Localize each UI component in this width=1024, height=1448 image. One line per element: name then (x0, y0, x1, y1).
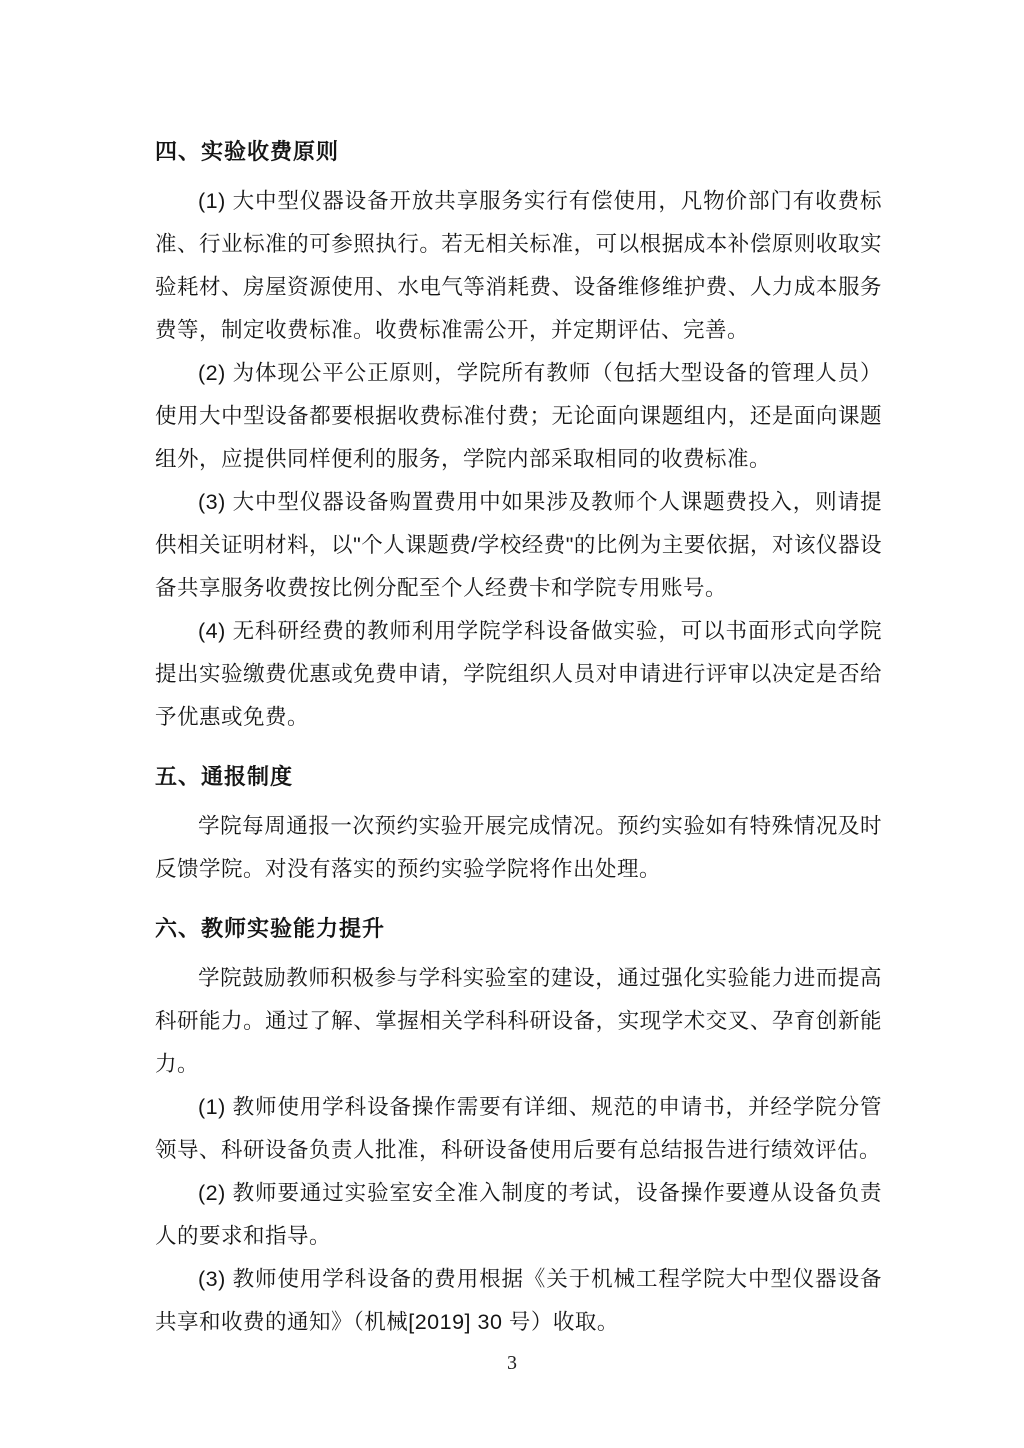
paragraph: 学院每周通报一次预约实验开展完成情况。预约实验如有特殊情况及时反馈学院。对没有落… (155, 805, 882, 891)
document-page: 四、实验收费原则 (1) 大中型仪器设备开放共享服务实行有偿使用，凡物价部门有收… (0, 0, 1024, 1448)
section-reporting-system: 五、通报制度 学院每周通报一次预约实验开展完成情况。预约实验如有特殊情况及时反馈… (155, 761, 882, 891)
paragraph: (2) 教师要通过实验室安全准入制度的考试，设备操作要遵从设备负责人的要求和指导… (155, 1172, 882, 1258)
section-heading: 五、通报制度 (155, 761, 882, 793)
section-fee-principles: 四、实验收费原则 (1) 大中型仪器设备开放共享服务实行有偿使用，凡物价部门有收… (155, 136, 882, 739)
paragraph: (4) 无科研经费的教师利用学院学科设备做实验，可以书面形式向学院提出实验缴费优… (155, 610, 882, 739)
paragraph: (3) 教师使用学科设备的费用根据《关于机械工程学院大中型仪器设备共享和收费的通… (155, 1258, 882, 1344)
paragraph: 学院鼓励教师积极参与学科实验室的建设，通过强化实验能力进而提高科研能力。通过了解… (155, 957, 882, 1086)
paragraph: (3) 大中型仪器设备购置费用中如果涉及教师个人课题费投入，则请提供相关证明材料… (155, 481, 882, 610)
section-heading: 六、教师实验能力提升 (155, 913, 882, 945)
document-content: 四、实验收费原则 (1) 大中型仪器设备开放共享服务实行有偿使用，凡物价部门有收… (155, 136, 882, 1344)
paragraph: (1) 教师使用学科设备操作需要有详细、规范的申请书，并经学院分管领导、科研设备… (155, 1086, 882, 1172)
paragraph: (1) 大中型仪器设备开放共享服务实行有偿使用，凡物价部门有收费标准、行业标准的… (155, 180, 882, 352)
section-teacher-ability: 六、教师实验能力提升 学院鼓励教师积极参与学科实验室的建设，通过强化实验能力进而… (155, 913, 882, 1344)
section-heading: 四、实验收费原则 (155, 136, 882, 168)
page-number: 3 (0, 1352, 1024, 1375)
paragraph: (2) 为体现公平公正原则，学院所有教师（包括大型设备的管理人员）使用大中型设备… (155, 352, 882, 481)
